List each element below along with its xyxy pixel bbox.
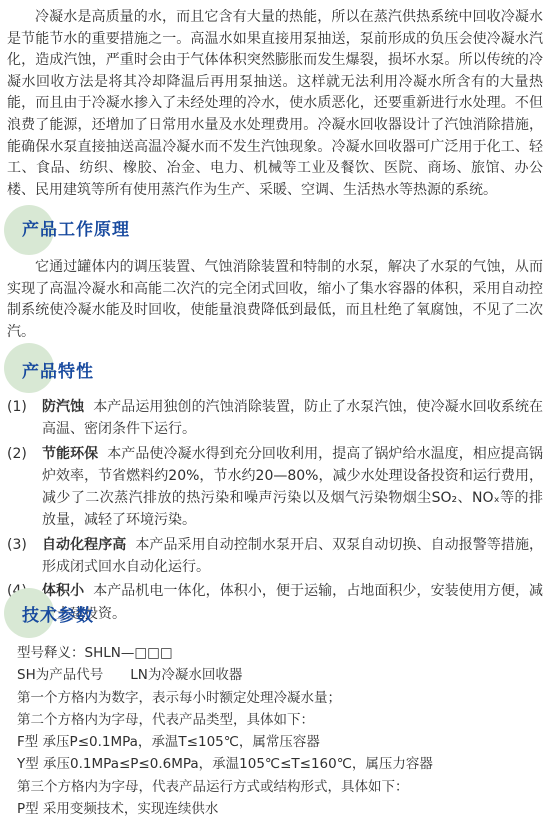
spec-line-type-y: Y型 承压0.1MPa≤P≤0.6MPa，承温105℃≤T≤160℃，属压力容器 [17,753,543,775]
spec-line-type-f: F型 承压P≤0.1MPa，承温T≤105℃，属常压容器 [17,731,543,753]
feature-number: (1) [7,396,27,418]
spec-line-type-p: P型 采用变频技术，实现连续供水 [17,798,543,820]
feature-text: 本产品运用独创的汽蚀消除装置，防止了水泵汽蚀，使冷凝水回收系统在高温、密闭条件下… [42,399,543,437]
product-document-page: 冷凝水是高质量的水，而且它含有大量的热能，所以在蒸汽供热系统中回收冷凝水是节能节… [0,0,550,821]
intro-paragraph: 冷凝水是高质量的水，而且它含有大量的热能，所以在蒸汽供热系统中回收冷凝水是节能节… [7,7,543,201]
feature-term: 自动化程序高 [42,537,126,553]
feature-number: (3) [7,534,27,556]
feature-text: 本产品机电一体化，体积小，便于运输，占地面积少，安装使用方便，减少土建投资。 [42,583,543,621]
feature-number: (2) [7,443,27,465]
section-title-features: 产品特性 [22,357,94,382]
spec-line-second-box: 第二个方格内为字母，代表产品类型，具体如下： [17,709,543,731]
feature-term: 防汽蚀 [42,399,84,415]
feature-text: 本产品使冷凝水得到充分回收利用，提高了锅炉给水温度，相应提高锅炉效率，节省燃料约… [42,446,543,529]
section-title-specs: 技术参数 [22,601,94,626]
spec-line-first-box: 第一个方格内为数字，表示每小时额定处理冷凝水量； [17,687,543,709]
feature-list: (1)防汽蚀本产品运用独创的汽蚀消除装置，防止了水泵汽蚀，使冷凝水回收系统在高温… [7,396,543,627]
spec-line-product-code: SH为产品代号 LN为冷凝水回收器 [17,664,543,686]
feature-item-automation: (3)自动化程序高本产品采用自动控制水泵开启、双泵自动切换、自动报警等措施，形成… [7,534,543,579]
spec-line-model-notation: 型号释义：SHLN—□□□ [17,642,543,664]
feature-item-energy-saving: (2)节能环保本产品使冷凝水得到充分回收利用，提高了锅炉给水温度，相应提高锅炉效… [7,443,543,532]
feature-item-anti-cavitation: (1)防汽蚀本产品运用独创的汽蚀消除装置，防止了水泵汽蚀，使冷凝水回收系统在高温… [7,396,543,441]
spec-line-third-box: 第三个方格内为字母，代表产品运行方式或结构形式，具体如下： [17,776,543,798]
section-title-principle: 产品工作原理 [22,215,130,240]
spec-lines: 型号释义：SHLN—□□□ SH为产品代号 LN为冷凝水回收器 第一个方格内为数… [17,642,543,820]
principle-paragraph: 它通过罐体内的调压装置、气蚀消除装置和特制的水泵，解决了水泵的气蚀，从而实现了高… [7,257,543,343]
feature-term: 节能环保 [42,446,98,462]
